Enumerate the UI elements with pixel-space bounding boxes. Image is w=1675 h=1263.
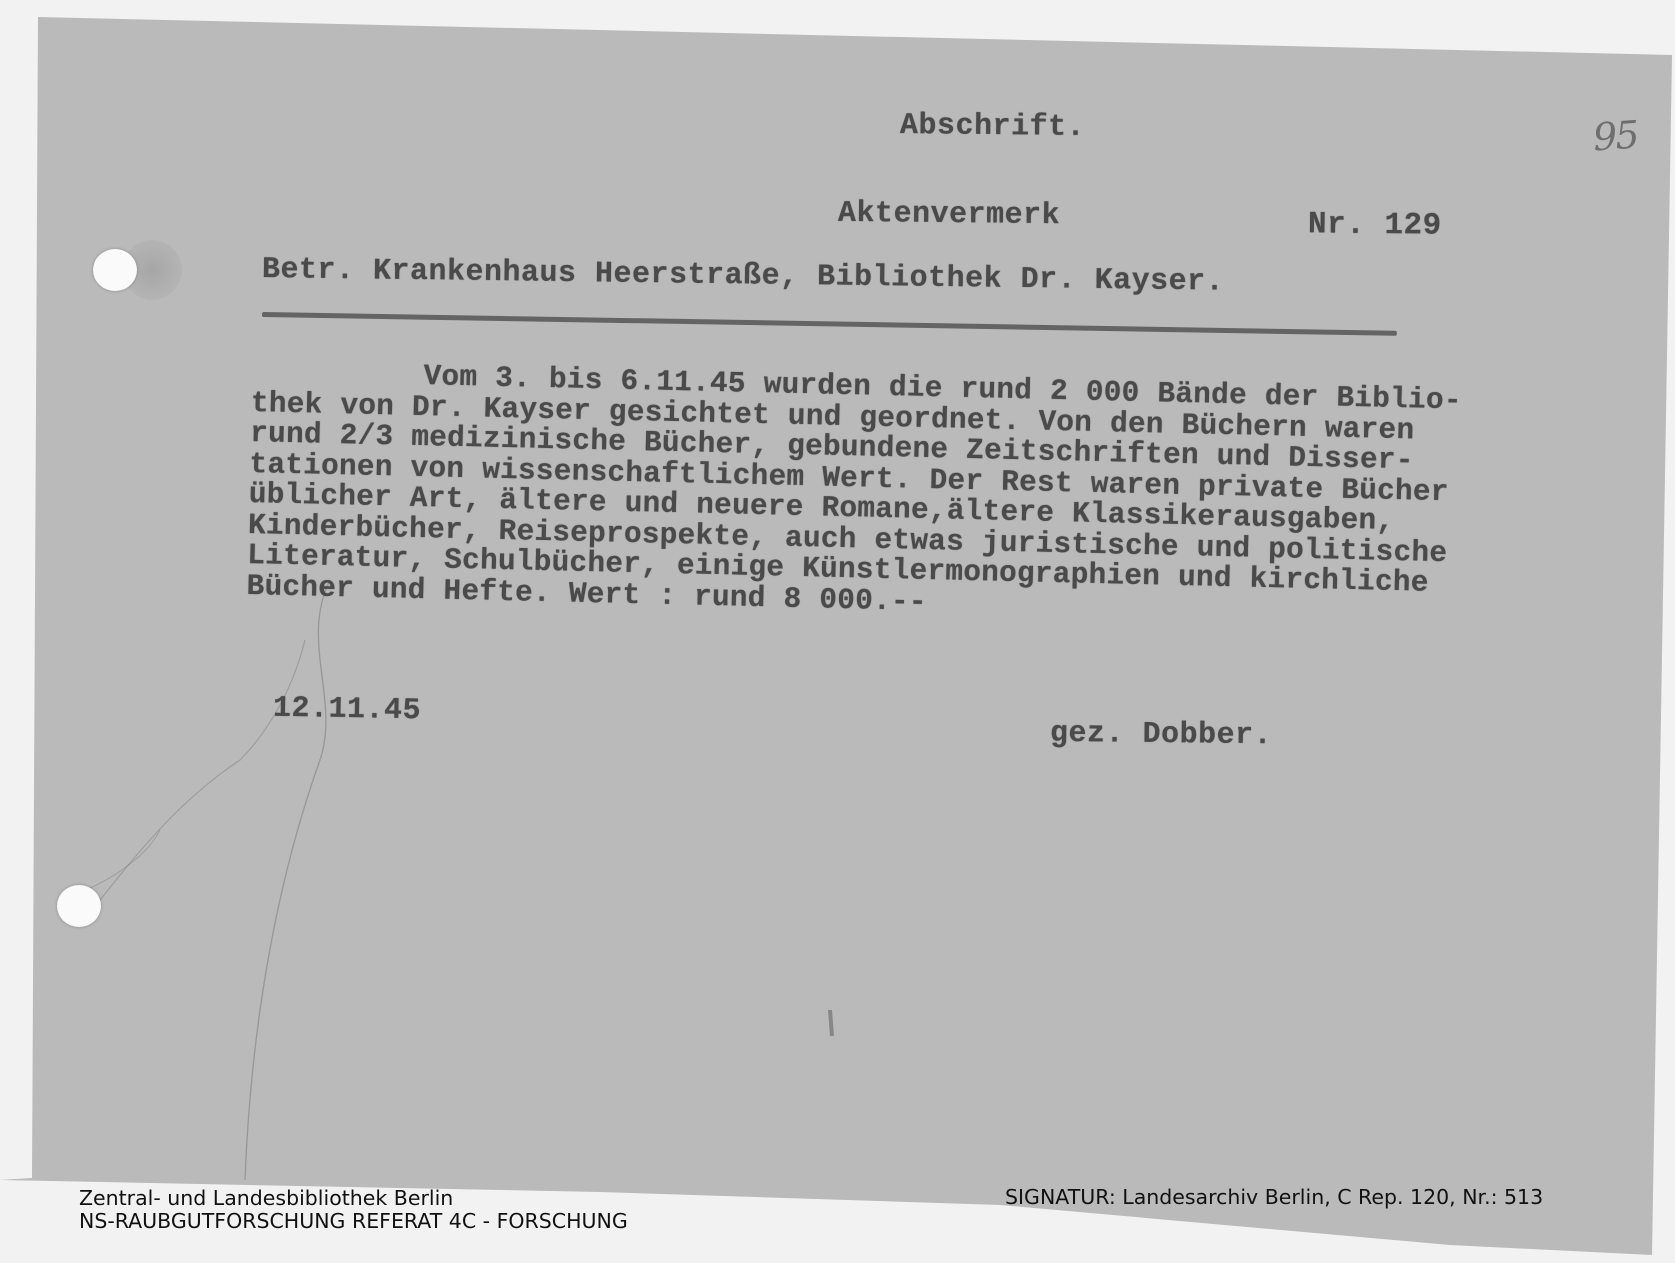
document-heading: Abschrift.: [900, 109, 1085, 145]
document-body: Vom 3. bis 6.11.45 wurden die rund 2 000…: [246, 357, 1462, 629]
document-type-label: Aktenvermerk: [838, 197, 1060, 233]
footer-institution: Zentral- und Landesbibliothek Berlin NS-…: [79, 1187, 628, 1233]
footer-archive-signature: SIGNATUR: Landesarchiv Berlin, C Rep. 12…: [1005, 1186, 1543, 1209]
punch-hole-bottom: [57, 885, 101, 927]
paper-card: [0, 0, 1675, 1263]
footer-institution-line1: Zentral- und Landesbibliothek Berlin: [79, 1187, 628, 1210]
document-date: 12.11.45: [273, 692, 422, 729]
punch-hole-top: [93, 249, 137, 291]
document-signature: gez. Dobber.: [1050, 717, 1272, 753]
scanned-document: Abschrift. Aktenvermerk Nr. 129 95 Betr.…: [0, 0, 1675, 1263]
handwritten-page-number: 95: [1592, 113, 1639, 160]
footer-institution-line2: NS-RAUBGUTFORSCHUNG REFERAT 4C - FORSCHU…: [79, 1210, 628, 1233]
document-number: Nr. 129: [1308, 207, 1442, 243]
